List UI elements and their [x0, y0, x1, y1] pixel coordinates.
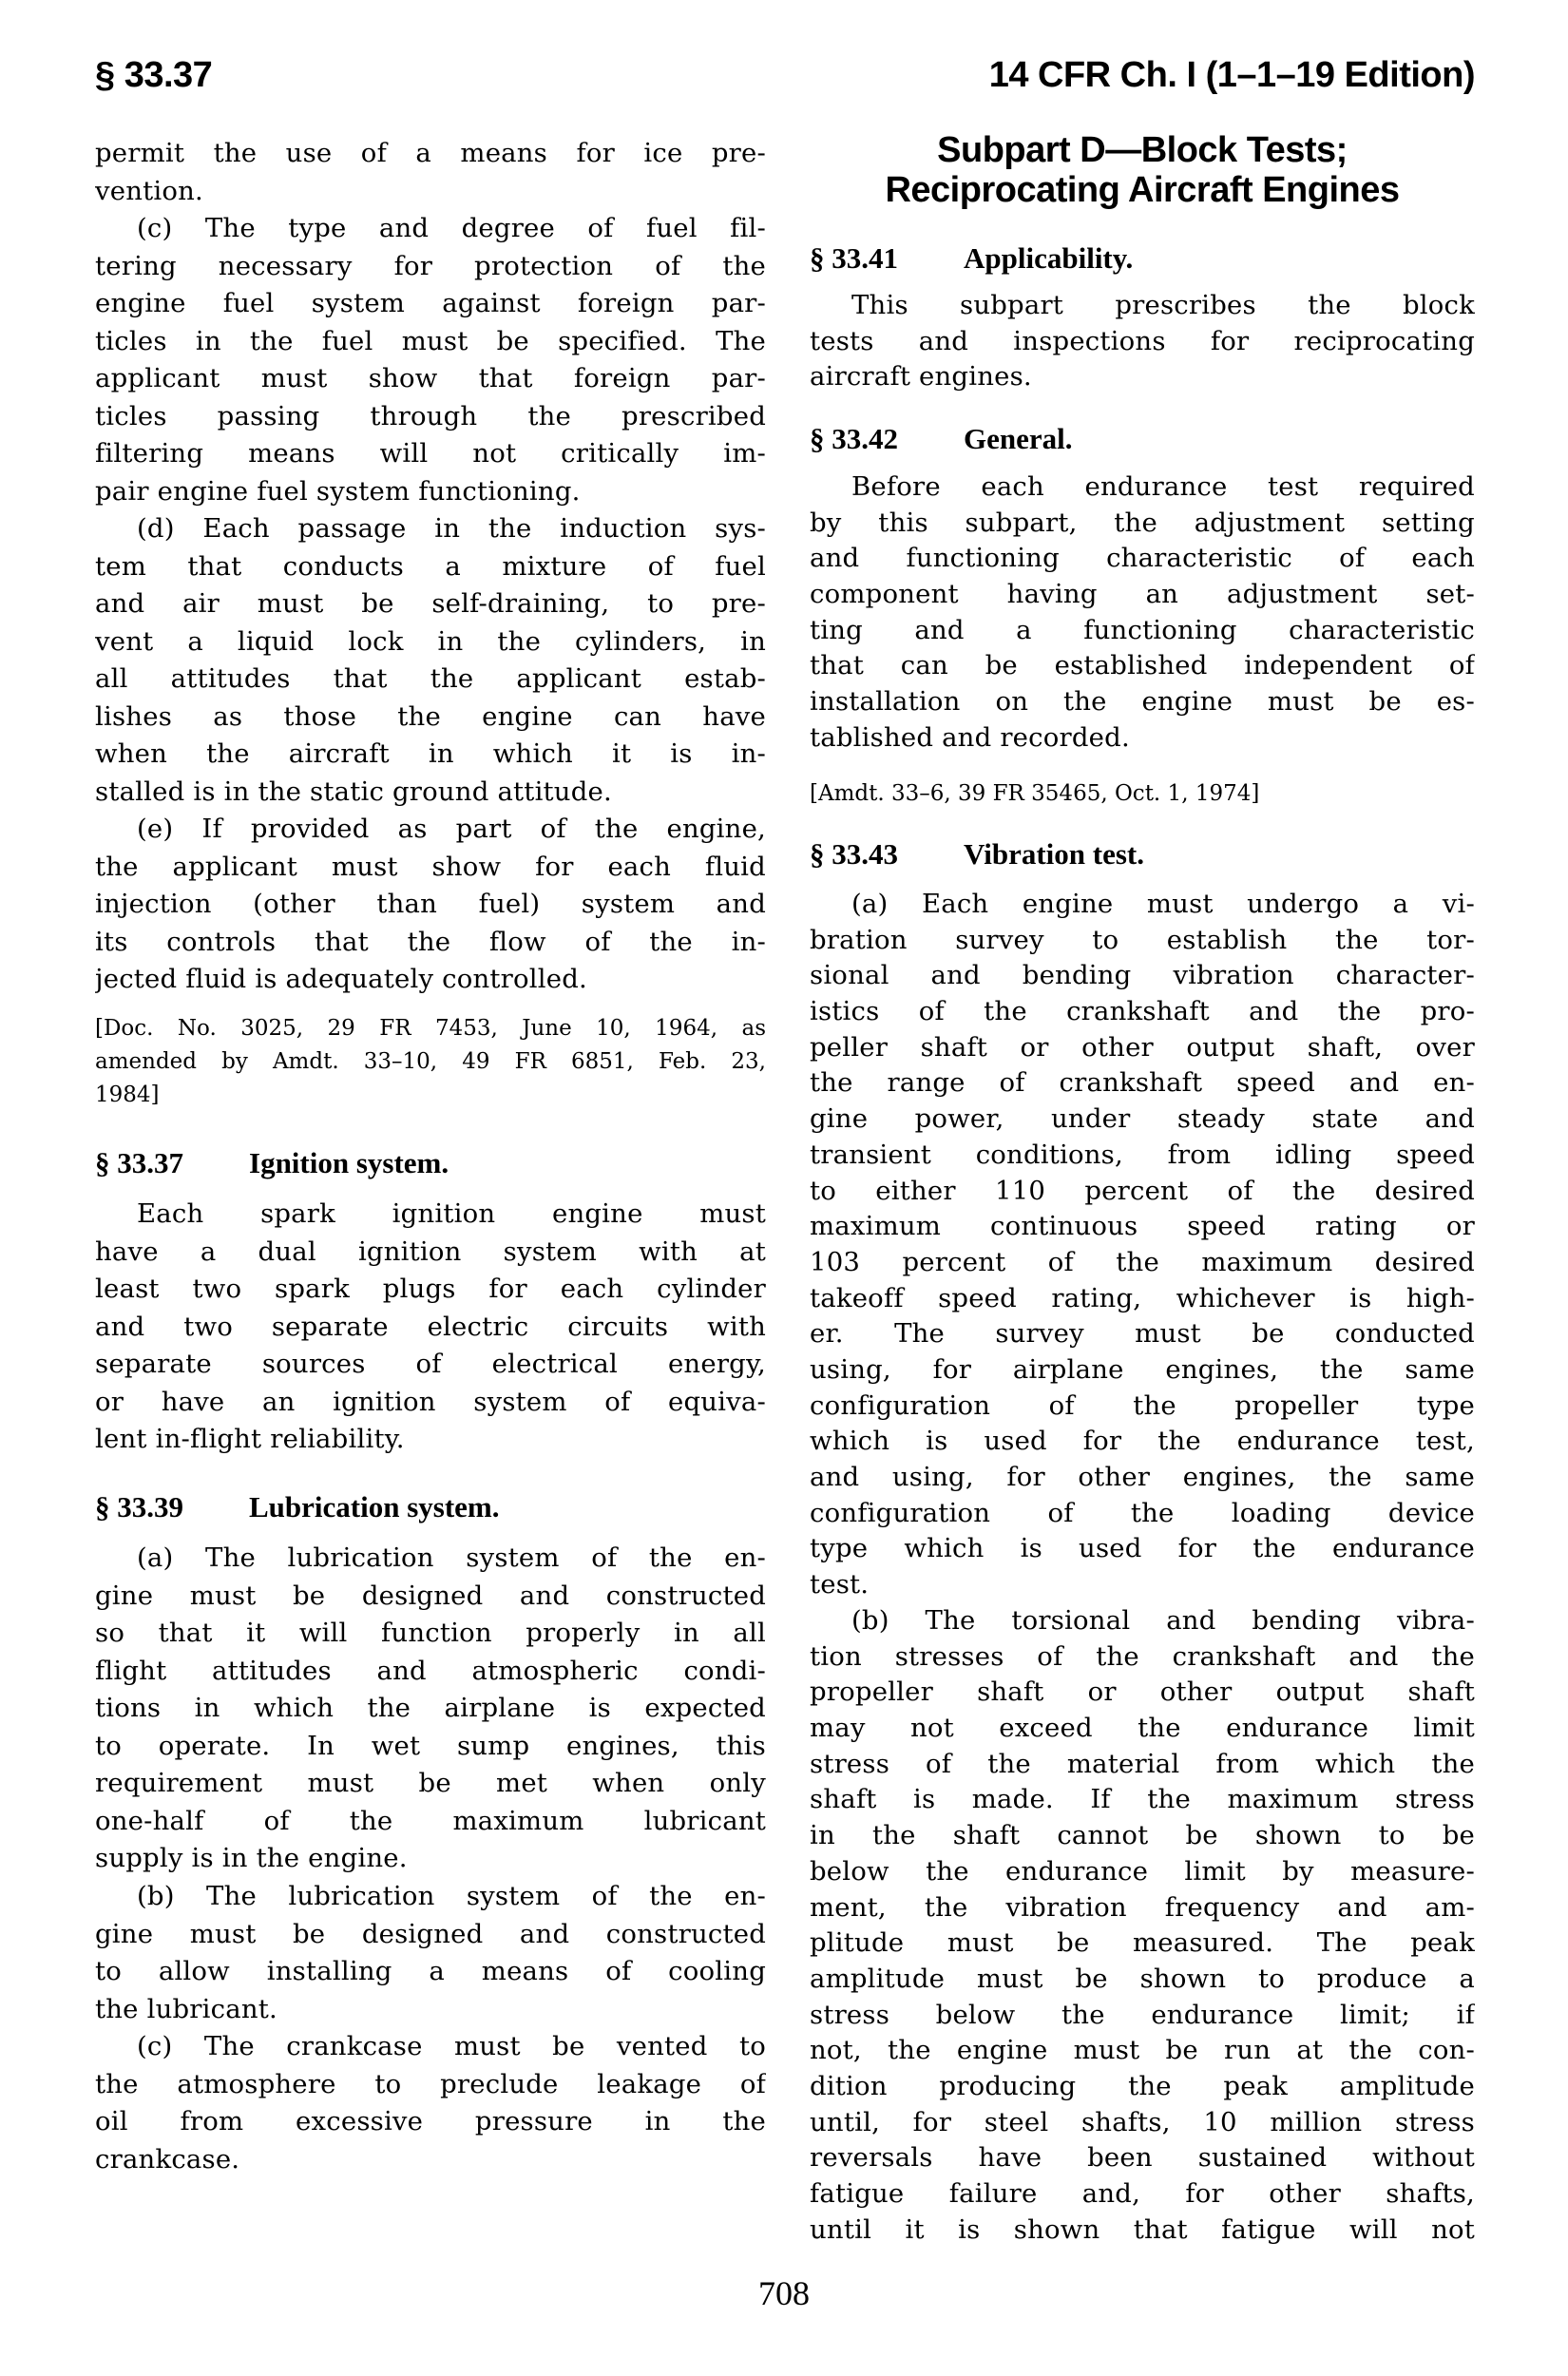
text-line: tablished and recorded. — [810, 720, 1475, 757]
subpart-title-line-2: Reciprocating Aircraft Engines — [810, 170, 1475, 210]
section-number: § 33.39 — [95, 1490, 249, 1524]
text-line: the lubricant. — [95, 1991, 766, 2029]
text-line: [Doc. No. 3025, 29 FR 7453, June 10, 196… — [95, 1012, 766, 1045]
paragraph-a-lubrication: (a) The lubrication system of the en-gin… — [95, 1540, 766, 1878]
text-line: vent a liquid lock in the cylinders, in — [95, 623, 766, 661]
section-number: § 33.42 — [810, 422, 964, 456]
text-line: (c) The type and degree of fuel fil- — [95, 210, 766, 248]
text-line: lent in-flight reliability. — [95, 1421, 766, 1459]
section-33-42-body: Before each endurance test requiredby th… — [810, 469, 1475, 757]
text-line: (c) The crankcase must be vented to — [95, 2028, 766, 2066]
text-line: tests and inspections for reciprocating — [810, 324, 1475, 360]
section-title: Ignition system. — [249, 1146, 449, 1179]
text-line: stress of the material from which the — [810, 1747, 1475, 1783]
text-line: configuration of the propeller type — [810, 1389, 1475, 1425]
text-line: least two spark plugs for each cylinder — [95, 1271, 766, 1309]
text-line: not, the engine must be run at the con- — [810, 2033, 1475, 2069]
text-line: (b) The torsional and bending vibra- — [810, 1603, 1475, 1639]
text-line: 103 percent of the maximum desired — [810, 1245, 1475, 1281]
text-line: sional and bending vibration character- — [810, 958, 1475, 994]
text-line: or have an ignition system of equiva- — [95, 1384, 766, 1422]
text-line: which is used for the endurance test, — [810, 1424, 1475, 1460]
text-line: plitude must be measured. The peak — [810, 1926, 1475, 1962]
paragraph-a-vibration-survey: (a) Each engine must undergo a vi-bratio… — [810, 887, 1475, 1603]
text-line: the atmosphere to preclude leakage of — [95, 2066, 766, 2104]
running-head-title: 14 CFR Ch. I (1–1–19 Edition) — [989, 55, 1475, 95]
text-line: propeller shaft or other output shaft — [810, 1675, 1475, 1711]
section-heading-33-42: § 33.42General. — [810, 422, 1475, 456]
paragraph-c-crankcase: (c) The crankcase must be vented tothe a… — [95, 2028, 766, 2178]
text-line: shaft is made. If the maximum stress — [810, 1782, 1475, 1818]
text-line: crankcase. — [95, 2141, 766, 2179]
text-line: ment, the vibration frequency and am- — [810, 1890, 1475, 1926]
text-line: aircraft engines. — [810, 359, 1475, 395]
text-line: using, for airplane engines, the same — [810, 1352, 1475, 1389]
text-line: the range of crankshaft speed and en- — [810, 1065, 1475, 1102]
text-line: (b) The lubrication system of the en- — [95, 1878, 766, 1916]
text-line: may not exceed the endurance limit — [810, 1711, 1475, 1747]
section-title: General. — [964, 422, 1073, 455]
text-line: lishes as those the engine can have — [95, 699, 766, 737]
text-line: pair engine fuel system functioning. — [95, 473, 766, 511]
text-line: reversals have been sustained without — [810, 2140, 1475, 2176]
paragraph-c-fuel-filtering: (c) The type and degree of fuel fil-teri… — [95, 210, 766, 510]
section-33-37-body: Each spark ignition engine musthave a du… — [95, 1196, 766, 1459]
subpart-title-line-1: Subpart D—Block Tests; — [810, 130, 1475, 170]
text-line: test. — [810, 1567, 1475, 1603]
section-title: Vibration test. — [964, 837, 1144, 871]
paragraph-d-induction-system: (d) Each passage in the induction sys-te… — [95, 510, 766, 811]
continuation-paragraph: permit the use of a means for ice pre-ve… — [95, 135, 766, 210]
text-line: stress below the endurance limit; if — [810, 1998, 1475, 2034]
text-line: in the shaft cannot be shown to be — [810, 1818, 1475, 1854]
paragraph-b-lubrication: (b) The lubrication system of the en-gin… — [95, 1878, 766, 2028]
text-line: tering necessary for protection of the — [95, 248, 766, 286]
document-page: § 33.37 14 CFR Ch. I (1–1–19 Edition) pe… — [0, 0, 1568, 2376]
text-line: to operate. In wet sump engines, this — [95, 1728, 766, 1766]
text-line: tion stresses of the crankshaft and the — [810, 1639, 1475, 1676]
text-line: separate sources of electrical energy, — [95, 1346, 766, 1384]
text-line: and air must be self-draining, to pre- — [95, 585, 766, 623]
text-line: er. The survey must be conducted — [810, 1316, 1475, 1352]
text-line: engine fuel system against foreign par- — [95, 285, 766, 323]
section-title: Applicability. — [964, 241, 1133, 275]
text-line: injection (other than fuel) system and — [95, 886, 766, 924]
text-line: Each spark ignition engine must — [95, 1196, 766, 1234]
text-line: amplitude must be shown to produce a — [810, 1962, 1475, 1998]
text-line: and two separate electric circuits with — [95, 1309, 766, 1347]
text-line: one-half of the maximum lubricant — [95, 1803, 766, 1841]
amendment-citation: [Amdt. 33–6, 39 FR 35465, Oct. 1, 1974] — [810, 777, 1475, 811]
section-33-41-body: This subpart prescribes the blocktests a… — [810, 288, 1475, 395]
text-line: stalled is in the static ground attitude… — [95, 774, 766, 812]
section-heading-33-41: § 33.41Applicability. — [810, 241, 1475, 276]
text-line: amended by Amdt. 33–10, 49 FR 6851, Feb.… — [95, 1045, 766, 1079]
text-line: gine must be designed and constructed — [95, 1578, 766, 1616]
text-line: to allow installing a means of cooling — [95, 1953, 766, 1991]
text-line: and functioning characteristic of each — [810, 541, 1475, 577]
source-citation: [Doc. No. 3025, 29 FR 7453, June 10, 196… — [95, 1012, 766, 1112]
section-number: § 33.37 — [95, 1146, 249, 1180]
section-number: § 33.41 — [810, 241, 964, 276]
section-number: § 33.43 — [810, 837, 964, 872]
section-title: Lubrication system. — [249, 1490, 500, 1523]
page-number: 708 — [0, 2274, 1568, 2312]
text-line: ticles passing through the prescribed — [95, 398, 766, 436]
text-line: oil from excessive pressure in the — [95, 2103, 766, 2141]
text-line: type which is used for the endurance — [810, 1531, 1475, 1567]
section-heading-33-37: § 33.37Ignition system. — [95, 1146, 766, 1180]
subpart-title: Subpart D—Block Tests; Reciprocating Air… — [810, 130, 1475, 210]
text-line: transient conditions, from idling speed — [810, 1138, 1475, 1174]
text-line: bration survey to establish the tor- — [810, 923, 1475, 959]
text-line: filtering means will not critically im- — [95, 435, 766, 473]
citation-line: [Amdt. 33–6, 39 FR 35465, Oct. 1, 1974] — [810, 777, 1475, 811]
text-line: maximum continuous speed rating or — [810, 1209, 1475, 1245]
text-line: configuration of the loading device — [810, 1496, 1475, 1532]
text-line: component having an adjustment set- — [810, 577, 1475, 613]
section-heading-33-39: § 33.39Lubrication system. — [95, 1490, 766, 1524]
text-line: so that it will function properly in all — [95, 1615, 766, 1653]
running-head-section: § 33.37 — [95, 55, 212, 95]
text-line: permit the use of a means for ice pre- — [95, 135, 766, 173]
text-line: vention. — [95, 173, 766, 211]
text-line: flight attitudes and atmospheric condi- — [95, 1653, 766, 1691]
text-line: have a dual ignition system with at — [95, 1234, 766, 1272]
text-line: This subpart prescribes the block — [810, 288, 1475, 324]
text-line: istics of the crankshaft and the pro- — [810, 994, 1475, 1030]
text-line: jected fluid is adequately controlled. — [95, 961, 766, 999]
text-line: (a) Each engine must undergo a vi- — [810, 887, 1475, 923]
text-line: supply is in the engine. — [95, 1840, 766, 1878]
text-line: ting and a functioning characteristic — [810, 613, 1475, 649]
text-line: its controls that the flow of the in- — [95, 924, 766, 962]
text-line: 1984] — [95, 1079, 766, 1112]
text-line: gine power, under steady state and — [810, 1102, 1475, 1138]
text-line: tions in which the airplane is expected — [95, 1690, 766, 1728]
text-line: applicant must show that foreign par- — [95, 360, 766, 398]
text-line: ticles in the fuel must be specified. Th… — [95, 323, 766, 361]
paragraph-e-fluid-injection: (e) If provided as part of the engine,th… — [95, 811, 766, 999]
text-line: peller shaft or other output shaft, over — [810, 1030, 1475, 1066]
text-line: requirement must be met when only — [95, 1765, 766, 1803]
text-line: (a) The lubrication system of the en- — [95, 1540, 766, 1578]
section-heading-33-43: § 33.43Vibration test. — [810, 837, 1475, 872]
text-line: (d) Each passage in the induction sys- — [95, 510, 766, 548]
text-line: dition producing the peak amplitude — [810, 2069, 1475, 2105]
text-line: below the endurance limit by measure- — [810, 1854, 1475, 1890]
text-line: to either 110 percent of the desired — [810, 1174, 1475, 1210]
text-line: Before each endurance test required — [810, 469, 1475, 506]
text-line: gine must be designed and constructed — [95, 1916, 766, 1954]
text-line: by this subpart, the adjustment setting — [810, 506, 1475, 542]
text-line: until it is shown that fatigue will not — [810, 2213, 1475, 2249]
text-line: all attitudes that the applicant estab- — [95, 661, 766, 699]
text-line: and using, for other engines, the same — [810, 1460, 1475, 1496]
paragraph-b-vibration-stresses: (b) The torsional and bending vibra-tion… — [810, 1603, 1475, 2248]
text-line: when the aircraft in which it is in- — [95, 736, 766, 774]
text-line: takeoff speed rating, whichever is high- — [810, 1281, 1475, 1317]
text-line: that can be established independent of — [810, 648, 1475, 684]
text-line: tem that conducts a mixture of fuel — [95, 548, 766, 586]
text-line: until, for steel shafts, 10 million stre… — [810, 2105, 1475, 2141]
text-line: fatigue failure and, for other shafts, — [810, 2176, 1475, 2213]
text-line: installation on the engine must be es- — [810, 684, 1475, 720]
text-line: (e) If provided as part of the engine, — [95, 811, 766, 849]
text-line: the applicant must show for each fluid — [95, 849, 766, 887]
